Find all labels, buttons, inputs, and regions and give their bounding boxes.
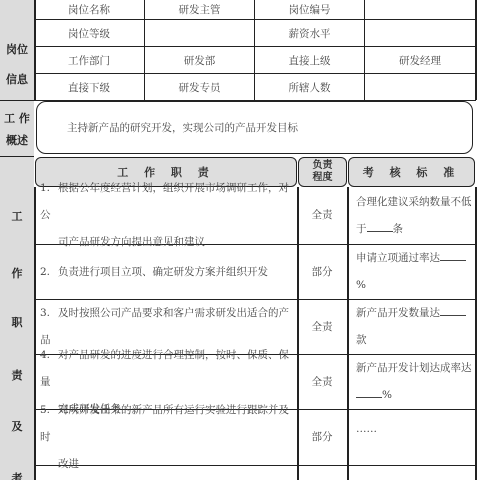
- info-label: 工作部门: [34, 47, 145, 74]
- info-value: [365, 20, 476, 47]
- duty-line1: 及时按照公司产品要求和客户需求研发出适合的产品: [40, 307, 289, 346]
- duty-row: 2.负责进行项目立项、确定研发方案并组织开发 部分 申请立项通过率达%: [34, 245, 475, 300]
- info-label: 岗位名称: [34, 0, 145, 20]
- duty-row: 1.根据公年度经营计划，组织开展市场调研工作，对公 司产品研发方向提出意见和建议…: [34, 187, 475, 245]
- duty-line1: 根据公年度经营计划，组织开展市场调研工作，对公: [40, 182, 289, 221]
- duties-side-char: 考: [0, 470, 34, 480]
- fill-blank[interactable]: [356, 386, 382, 398]
- duty-line1: 负责进行项目立项、确定研发方案并组织开发: [58, 266, 268, 278]
- duty-standard: 申请立项通过率达%: [354, 245, 475, 299]
- side-label-line2: 信息: [6, 71, 28, 87]
- duty-standard: 合理化建议采纳数量不低 于条: [354, 187, 475, 244]
- duty-line1: 对所开发出来的新产品所有运行实验进行跟踪并及时: [40, 404, 289, 443]
- std-post: %: [382, 389, 392, 401]
- job-summary-box: 主持新产品的研究开发，实现公司的产品开发目标: [36, 101, 473, 154]
- info-value: [365, 74, 476, 101]
- std-pre: 于: [356, 223, 367, 235]
- header-standard-label: 考 核 标 准: [363, 164, 461, 180]
- duty-standard: ……: [354, 410, 475, 465]
- std-pre: 申请立项通过率达: [356, 252, 440, 264]
- info-value: [145, 20, 255, 47]
- duties-side-char: 职: [0, 314, 34, 330]
- std-post: %: [356, 279, 366, 291]
- duty-row: 5.对所开发出来的新产品所有运行实验进行跟踪并及时 改进 部分 ……: [34, 410, 475, 466]
- header-standard: 考 核 标 准: [348, 157, 475, 187]
- duty-standard: 新产品开发计划达成率达 %: [354, 355, 475, 409]
- duty-text: 1.根据公年度经营计划，组织开展市场调研工作，对公 司产品研发方向提出意见和建议: [40, 187, 290, 244]
- duty-row: [34, 466, 475, 480]
- info-value: 研发部: [145, 47, 255, 74]
- info-label: 岗位等级: [34, 20, 145, 47]
- side-label-line2: 概述: [6, 132, 28, 148]
- fill-blank[interactable]: [440, 249, 466, 261]
- duty-number: 5.: [40, 397, 58, 424]
- std-pre: 新产品开发数量达: [356, 307, 440, 319]
- side-label-line1: 工 作: [4, 110, 30, 126]
- info-value: 研发主管: [145, 0, 255, 20]
- header-degree: 负责 程度: [298, 157, 347, 187]
- info-value: [365, 0, 476, 20]
- std-line1: 新产品开发计划达成率达: [356, 355, 472, 382]
- info-label: 岗位编号: [255, 0, 365, 20]
- info-label: 所辖人数: [255, 74, 365, 101]
- duty-degree: 全责: [297, 355, 347, 409]
- summary-side-label: 工 作 概述: [0, 100, 34, 156]
- duties-side-char: 责: [0, 367, 34, 383]
- duty-degree: 全责: [297, 300, 347, 354]
- info-value: 研发专员: [145, 74, 255, 101]
- header-degree-line2: 程度: [313, 172, 333, 184]
- duty-text: 2.负责进行项目立项、确定研发方案并组织开发: [40, 245, 290, 299]
- duty-degree: 部分: [297, 410, 347, 465]
- job-summary-text: 主持新产品的研究开发，实现公司的产品开发目标: [67, 120, 298, 135]
- duty-degree: 部分: [297, 245, 347, 299]
- duties-side-char: 工: [0, 208, 34, 224]
- header-degree-line1: 负责: [313, 160, 333, 172]
- duty-number: 2.: [40, 259, 58, 286]
- duty-text: 5.对所开发出来的新产品所有运行实验进行跟踪并及时 改进: [40, 410, 290, 465]
- duty-number: 4.: [40, 342, 58, 369]
- duty-degree: 全责: [297, 187, 347, 244]
- info-label: 直接下级: [34, 74, 145, 101]
- info-label: 直接上级: [255, 47, 365, 74]
- info-value: 研发经理: [365, 47, 476, 74]
- duty-number: 1.: [40, 175, 58, 202]
- info-label: 薪资水平: [255, 20, 365, 47]
- fill-blank[interactable]: [440, 304, 466, 316]
- std-post: 款: [356, 334, 367, 346]
- fill-blank[interactable]: [367, 220, 393, 232]
- std-line1: 合理化建议采纳数量不低: [356, 189, 472, 216]
- duties-side-char: 及: [0, 418, 34, 434]
- std-post: 条: [393, 223, 404, 235]
- duty-number: 3.: [40, 300, 58, 327]
- side-label-line1: 岗位: [6, 41, 28, 57]
- position-info-side-label: 岗位 信息: [0, 0, 34, 100]
- duties-side-char: 作: [0, 265, 34, 281]
- duty-standard: 新产品开发数量达款: [354, 300, 475, 354]
- duty-line1: 对产品研发的进度进行合理控制，按时、保质、保量: [40, 349, 289, 388]
